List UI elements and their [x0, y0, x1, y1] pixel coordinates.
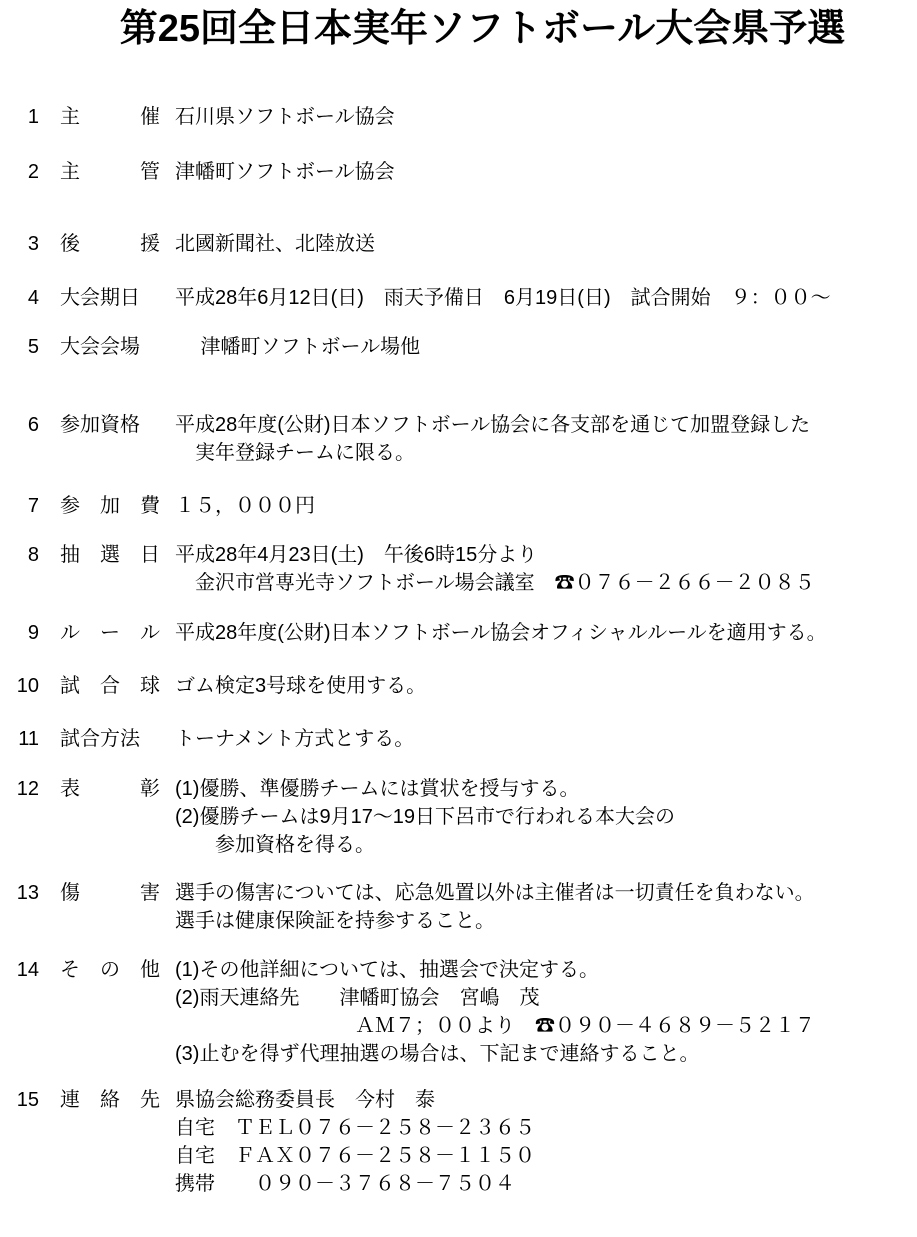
list-item-15: 15 連 絡 先 県協会総務委員長 今村 泰 自宅 ＴＥＬ０７６－２５８－２３６… — [0, 1086, 917, 1198]
item-number: 11 — [0, 725, 39, 753]
item-content: 平成28年6月12日(日) 雨天予備日 6月19日(日) 試合開始 ９：００～ — [175, 284, 917, 312]
item-content: 津幡町ソフトボール場他 — [175, 333, 917, 361]
item-number: 9 — [0, 619, 39, 647]
item-number: 10 — [0, 672, 39, 700]
item-number: 4 — [0, 284, 39, 312]
list-item-14: 14 そ の 他 (1)その他詳細については、抽選会で決定する。 (2)雨天連絡… — [0, 956, 917, 1068]
list-item-7: 7 参 加 費 １５，０００円 — [0, 492, 917, 520]
item-label: 連 絡 先 — [60, 1086, 175, 1114]
item-number: 15 — [0, 1086, 39, 1114]
item-number: 14 — [0, 956, 39, 984]
list-item-10: 10 試 合 球 ゴム検定3号球を使用する。 — [0, 672, 917, 700]
item-content: 石川県ソフトボール協会 — [175, 103, 917, 131]
list-item-6: 6 参加資格 平成28年度(公財)日本ソフトボール協会に各支部を通じて加盟登録し… — [0, 411, 917, 467]
list-item-3: 3 後 援 北國新聞社、北陸放送 — [0, 230, 917, 258]
item-content: トーナメント方式とする。 — [175, 725, 917, 753]
item-label: そ の 他 — [60, 956, 175, 984]
item-content: 選手の傷害については、応急処置以外は主催者は一切責任を負わない。 選手は健康保険… — [175, 879, 917, 935]
list-item-9: 9 ル ー ル 平成28年度(公財)日本ソフトボール協会オフィシャルルールを適用… — [0, 619, 917, 647]
item-content: 県協会総務委員長 今村 泰 自宅 ＴＥＬ０７６－２５８－２３６５ 自宅 ＦＡＸ０… — [175, 1086, 917, 1198]
list-item-4: 4 大会期日 平成28年6月12日(日) 雨天予備日 6月19日(日) 試合開始… — [0, 284, 917, 312]
item-label: 後 援 — [60, 230, 175, 258]
item-label: 大会会場 — [60, 333, 175, 361]
item-list: 1 主 催 石川県ソフトボール協会 2 主 管 津幡町ソフトボール協会 3 後 … — [0, 103, 917, 1198]
item-content: １５，０００円 — [175, 492, 917, 520]
item-label: 試 合 球 — [60, 672, 175, 700]
item-number: 8 — [0, 541, 39, 569]
item-label: 大会期日 — [60, 284, 175, 312]
item-number: 6 — [0, 411, 39, 439]
list-item-13: 13 傷 害 選手の傷害については、応急処置以外は主催者は一切責任を負わない。 … — [0, 879, 917, 935]
item-content: 平成28年4月23日(土) 午後6時15分より 金沢市営専光寺ソフトボール場会議… — [175, 541, 917, 597]
item-label: 抽 選 日 — [60, 541, 175, 569]
item-content: (1)その他詳細については、抽選会で決定する。 (2)雨天連絡先 津幡町協会 宮… — [175, 956, 917, 1068]
list-item-8: 8 抽 選 日 平成28年4月23日(土) 午後6時15分より 金沢市営専光寺ソ… — [0, 541, 917, 597]
item-number: 2 — [0, 158, 39, 186]
item-label: 試合方法 — [60, 725, 175, 753]
item-number: 5 — [0, 333, 39, 361]
list-item-12: 12 表 彰 (1)優勝、準優勝チームには賞状を授与する。 (2)優勝チームは9… — [0, 775, 917, 859]
item-label: ル ー ル — [60, 619, 175, 647]
item-label: 主 催 — [60, 103, 175, 131]
list-item-11: 11 試合方法 トーナメント方式とする。 — [0, 725, 917, 753]
list-item-2: 2 主 管 津幡町ソフトボール協会 — [0, 158, 917, 186]
list-item-1: 1 主 催 石川県ソフトボール協会 — [0, 103, 917, 131]
item-number: 3 — [0, 230, 39, 258]
item-number: 7 — [0, 492, 39, 520]
item-content: (1)優勝、準優勝チームには賞状を授与する。 (2)優勝チームは9月17～19日… — [175, 775, 917, 859]
document-page: 第25回全日本実年ソフトボール大会県予選 1 主 催 石川県ソフトボール協会 2… — [0, 0, 917, 1237]
item-content: 平成28年度(公財)日本ソフトボール協会オフィシャルルールを適用する。 — [175, 619, 917, 647]
item-number: 12 — [0, 775, 39, 803]
item-number: 13 — [0, 879, 39, 907]
item-label: 参 加 費 — [60, 492, 175, 520]
item-label: 参加資格 — [60, 411, 175, 439]
item-content: ゴム検定3号球を使用する。 — [175, 672, 917, 700]
item-label: 傷 害 — [60, 879, 175, 907]
item-content: 平成28年度(公財)日本ソフトボール協会に各支部を通じて加盟登録した 実年登録チ… — [175, 411, 917, 467]
list-item-5: 5 大会会場 津幡町ソフトボール場他 — [0, 333, 917, 361]
page-title: 第25回全日本実年ソフトボール大会県予選 — [0, 0, 917, 52]
item-number: 1 — [0, 103, 39, 131]
item-label: 表 彰 — [60, 775, 175, 803]
item-content: 北國新聞社、北陸放送 — [175, 230, 917, 258]
item-label: 主 管 — [60, 158, 175, 186]
item-content: 津幡町ソフトボール協会 — [175, 158, 917, 186]
